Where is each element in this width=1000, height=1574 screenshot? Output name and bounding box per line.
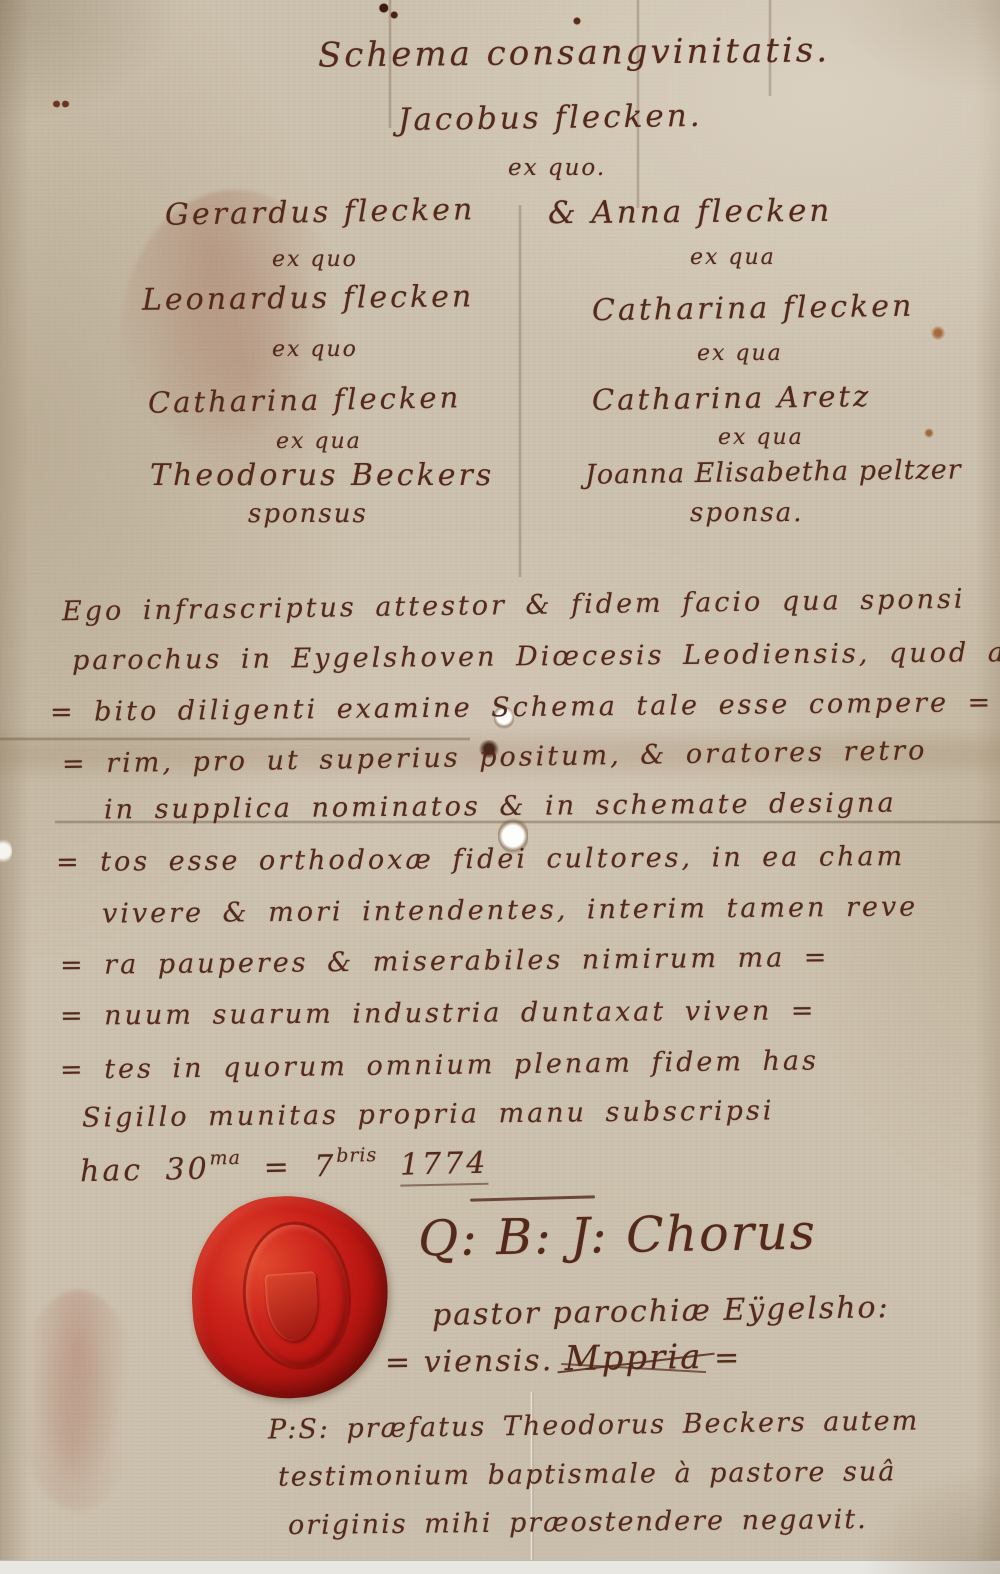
postscript-line: testimonium baptismale à pastore suâ — [278, 1458, 897, 1492]
tree-right-note: ex qua — [697, 342, 783, 365]
attestation-line: = tes in quorum omnium plenam fidem has — [60, 1047, 819, 1085]
attestation-line: = tos esse orthodoxæ fidei cultores, in … — [56, 843, 905, 877]
date-superscript: ma — [209, 1147, 241, 1170]
tree-left-note: ex quo — [272, 338, 358, 361]
manuscript-page: Schema consangvinitatis. Jacobus flecken… — [0, 0, 1000, 1574]
postscript-line: P:S: præfatus Theodorus Beckers autem — [268, 1407, 920, 1444]
tree-left-name: Leonardus flecken — [142, 281, 475, 316]
tree-right-name: Catharina flecken — [592, 291, 915, 327]
tree-right-note: ex qua — [690, 246, 776, 269]
attestation-line: in supplica nominatos & in schemate desi… — [104, 790, 897, 825]
date-mid: = 7 — [263, 1149, 336, 1186]
tree-right-name: Catharina Aretz — [592, 381, 872, 415]
root-ancestor-name: Jacobus flecken. — [398, 100, 703, 137]
tree-left-name: Gerardus flecken — [165, 194, 476, 231]
signature-title-continued: = viensis. Mppria = — [385, 1340, 742, 1381]
ink-show-through — [18, 1290, 138, 1510]
attestation-line: parochus in Eygelshoven Diœcesis Leodien… — [72, 639, 1000, 676]
signature-flourish — [470, 1195, 595, 1201]
tree-left-name: Catharina flecken — [148, 382, 462, 418]
signature-title-end: = — [714, 1341, 742, 1376]
root-descent-note: ex quo. — [508, 156, 606, 180]
date-prefix: hac 30 — [80, 1152, 210, 1190]
attestation-line: = nuum suarum industria duntaxat viven = — [60, 997, 817, 1031]
wax-seal — [185, 1189, 395, 1404]
document-title: Schema consangvinitatis. — [318, 33, 830, 74]
manu-propria-mark: Mppria — [565, 1340, 703, 1378]
tree-left-note: ex quo — [272, 248, 358, 271]
scan-edge — [0, 1560, 1000, 1574]
ink-stain — [376, 2, 402, 22]
signature-title-text: = viensis. — [385, 1343, 554, 1380]
tree-left-note: ex qua — [276, 430, 362, 453]
attestation-line: vivere & mori intendentes, interim tamen… — [102, 893, 918, 928]
date-superscript: bris — [336, 1144, 378, 1167]
foxing-spot — [924, 428, 934, 438]
foxing-spot — [930, 326, 946, 340]
tree-right-role: sponsa. — [690, 500, 804, 527]
attestation-line: = bito diligenti examine Schema tale ess… — [50, 689, 993, 727]
attestation-line: Ego infrascriptus attestor & fidem facio… — [62, 586, 966, 627]
date-year: 1774 — [400, 1146, 489, 1187]
attestation-line: = ra pauperes & miserabiles nimirum ma = — [60, 944, 830, 980]
fold-line-horizontal — [0, 737, 470, 741]
signature-title: pastor parochiæ Eÿgelsho: — [432, 1292, 890, 1331]
ink-stain — [572, 16, 582, 26]
tree-right-name: & Anna flecken — [548, 195, 833, 230]
date-line: hac 30ma = 7bris 1774 — [80, 1144, 489, 1188]
tree-left-role: sponsus — [248, 501, 368, 528]
postscript-line: originis mihi præostendere negavit. — [288, 1506, 868, 1540]
ink-stain — [52, 100, 70, 108]
paper-hole — [0, 838, 12, 864]
fold-line-vertical — [518, 205, 522, 577]
signature-name: Q: B: J: Chorus — [418, 1207, 818, 1265]
tree-right-name-bride: Joanna Elisabetha peltzer — [585, 456, 962, 490]
tree-left-name-groom: Theodorus Beckers — [150, 460, 494, 492]
tree-right-note: ex qua — [718, 426, 804, 449]
attestation-line: Sigillo munitas propria manu subscripsi — [82, 1097, 775, 1133]
